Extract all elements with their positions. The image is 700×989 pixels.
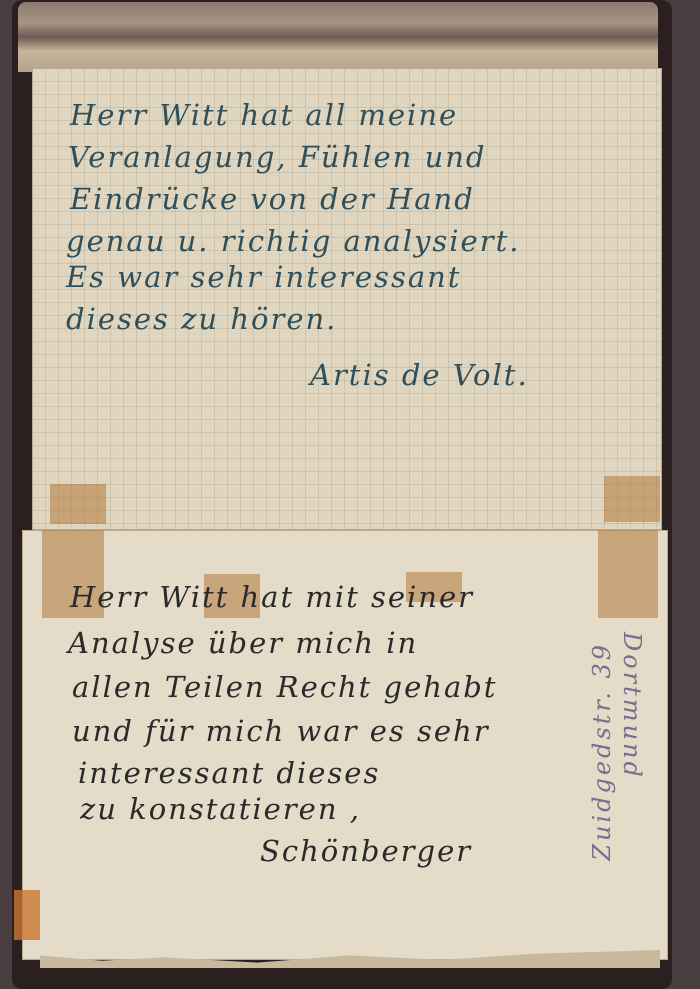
top-page: Herr Witt hat all meine Veranlagung, Füh… xyxy=(32,68,662,530)
top-line-4: genau u. richtig analysiert. xyxy=(66,224,520,258)
top-signature: Artis de Volt. xyxy=(310,358,529,392)
tape-strip xyxy=(50,484,106,524)
top-line-1: Herr Witt hat all meine xyxy=(70,98,458,132)
margin-note-street: Zuidgedstr. 39 xyxy=(588,642,616,861)
bottom-page: Herr Witt hat mit seiner Analyse über mi… xyxy=(22,530,668,960)
top-line-3: Eindrücke von der Hand xyxy=(70,182,475,216)
tape-strip xyxy=(598,530,658,618)
top-line-6: dieses zu hören. xyxy=(66,302,337,336)
bottom-signature: Schönberger xyxy=(260,834,472,868)
tape-strip xyxy=(14,890,40,940)
top-line-2: Veranlagung, Fühlen und xyxy=(68,140,486,174)
page-edges xyxy=(18,2,658,72)
bottom-line-5: interessant dieses xyxy=(78,756,380,790)
top-line-5: Es war sehr interessant xyxy=(66,260,461,294)
tape-strip xyxy=(604,476,660,522)
bottom-line-1: Herr Witt hat mit seiner xyxy=(70,580,474,614)
margin-note-city: Dortmund xyxy=(618,632,646,780)
bottom-line-3: allen Teilen Recht gehabt xyxy=(72,670,497,704)
bottom-line-2: Analyse über mich in xyxy=(68,626,418,660)
bottom-line-6: zu konstatieren , xyxy=(80,792,361,826)
bottom-line-4: und für mich war es sehr xyxy=(72,714,490,748)
